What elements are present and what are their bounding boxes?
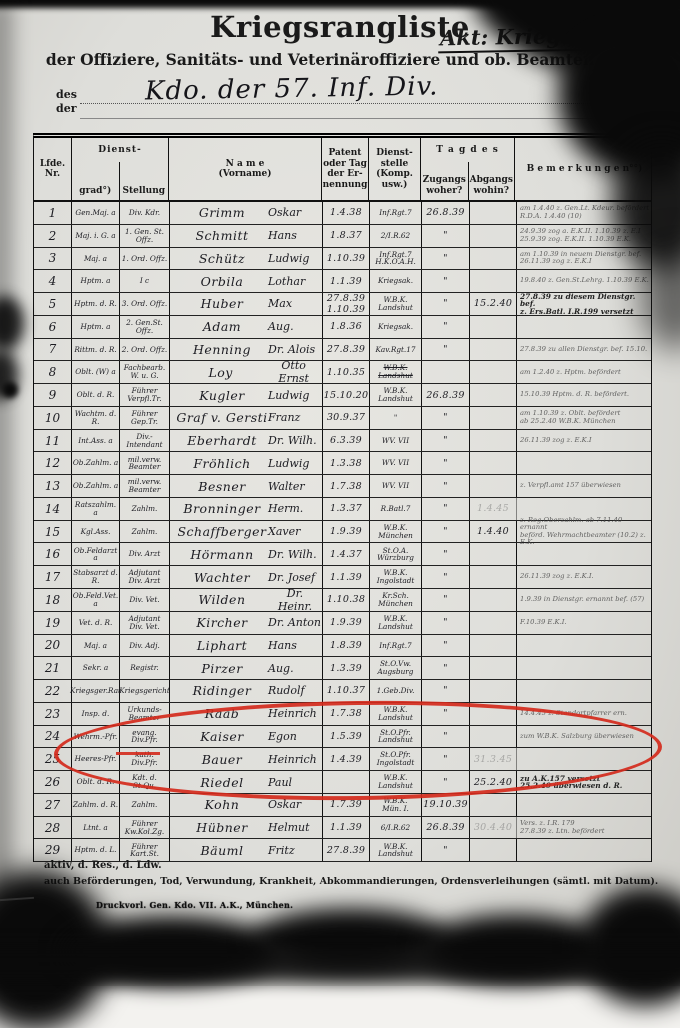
rank-cell: Oblt. d. R. bbox=[72, 384, 120, 406]
forename: Walter bbox=[268, 480, 305, 493]
remarks-cell bbox=[517, 680, 651, 702]
surname: Kugler bbox=[170, 388, 268, 403]
rank-cell: Ob.Feld.Vet. a bbox=[72, 589, 120, 611]
departure-date-cell bbox=[470, 657, 517, 679]
position-cell: Div. Arzt bbox=[120, 543, 170, 565]
arrival-date-cell: " bbox=[422, 248, 470, 270]
scanner-background bbox=[0, 986, 680, 1028]
departure-date-cell: 1.4.40 bbox=[470, 521, 517, 543]
unit-handwritten-entry: Kdo. der 57. Inf. Div. bbox=[145, 71, 439, 106]
table-row: 8Oblt. (W) aFachbearb. W. u. G.LoyOtto E… bbox=[34, 361, 651, 384]
table-row: 7Rittm. d. R.2. Ord. Offz.HenningDr. Alo… bbox=[34, 339, 651, 362]
smudge-left-edge bbox=[0, 0, 12, 900]
remarks-cell bbox=[517, 316, 651, 338]
table-row: 2Maj. i. G. a1. Gen. St. Offz.SchmittHan… bbox=[34, 225, 651, 248]
name-cell: FröhlichLudwig bbox=[170, 452, 323, 474]
departure-date-cell bbox=[470, 361, 517, 383]
row-number: 29 bbox=[34, 839, 72, 861]
position-cell: 2. Ord. Offz. bbox=[120, 339, 170, 361]
table-row: 22Kriegsger.RatKriegsgerichtRidingerRudo… bbox=[34, 680, 651, 703]
footnote-rank-legend: aktiv, d. Res., d. Ldw. bbox=[44, 860, 162, 871]
position-cell: Fachbearb. W. u. G. bbox=[120, 361, 170, 383]
patent-date-cell: 1.10.39 bbox=[323, 248, 370, 270]
surname: Wilden bbox=[170, 592, 268, 607]
arrival-date-cell: " bbox=[422, 452, 470, 474]
surname: Henning bbox=[170, 342, 268, 357]
surname: Eberhardt bbox=[170, 433, 268, 448]
remarks-cell: z. Verpfl.amt 157 überwiesen bbox=[517, 475, 651, 497]
duty-station-cell: W.B.K. München bbox=[370, 521, 422, 543]
arrival-date-cell: " bbox=[422, 566, 470, 588]
col-header-dienststelle: Dienst- stelle (Komp. usw.) bbox=[369, 138, 421, 200]
departure-date-cell bbox=[470, 475, 517, 497]
arrival-date-cell: " bbox=[422, 270, 470, 292]
forename: Dr. Wilh. bbox=[268, 434, 317, 447]
remarks-cell: Vers. z. I.R. 179 27.8.39 z. Ltn. beförd… bbox=[517, 817, 651, 839]
row-number: 27 bbox=[34, 794, 72, 816]
row-number: 10 bbox=[34, 407, 72, 429]
remarks-cell: am 1.2.40 z. Hptm. befördert bbox=[517, 361, 651, 383]
row-number: 15 bbox=[34, 521, 72, 543]
burn-mark-bottom-band bbox=[0, 946, 680, 982]
patent-date-cell: 27.8.39 bbox=[323, 339, 370, 361]
departure-date-cell: 15.2.40 bbox=[470, 293, 517, 315]
row-number: 13 bbox=[34, 475, 72, 497]
duty-station-cell: W.B.K. Landshut bbox=[370, 612, 422, 634]
forename: Fritz bbox=[268, 844, 295, 857]
row-number: 7 bbox=[34, 339, 72, 361]
patent-date-cell: 30.9.37 bbox=[323, 407, 370, 429]
rank-cell: Ratszahlm. a bbox=[72, 498, 120, 520]
departure-date-cell bbox=[470, 566, 517, 588]
row-number: 19 bbox=[34, 612, 72, 634]
rank-cell: Ob.Feldarzt a bbox=[72, 543, 120, 565]
col-header-tag-des: T a g d e s bbox=[421, 138, 514, 162]
patent-date-cell: 1.7.38 bbox=[323, 475, 370, 497]
row-number: 5 bbox=[34, 293, 72, 315]
row-number: 2 bbox=[34, 225, 72, 247]
arrival-date-cell: " bbox=[422, 293, 470, 315]
col-header-stellung: Stellung bbox=[119, 162, 168, 200]
position-cell: Führer Kw.Kol.Zg. bbox=[120, 817, 170, 839]
arrival-date-cell: " bbox=[422, 225, 470, 247]
arrival-date-cell: " bbox=[422, 635, 470, 657]
forename: Aug. bbox=[268, 320, 294, 333]
forename: Helmut bbox=[268, 821, 310, 834]
row-number: 26 bbox=[34, 771, 72, 793]
forename: Franz bbox=[268, 411, 300, 424]
rank-cell: Gen.Maj. a bbox=[72, 202, 120, 224]
departure-date-cell bbox=[470, 270, 517, 292]
arrival-date-cell: " bbox=[422, 839, 470, 861]
rank-cell: Ob.Zahlm. a bbox=[72, 452, 120, 474]
duty-station-cell: " bbox=[370, 407, 422, 429]
surname: Liphart bbox=[170, 638, 268, 653]
position-cell: Zahlm. bbox=[120, 498, 170, 520]
position-cell: mil.verw. Beamter bbox=[120, 475, 170, 497]
row-number: 1 bbox=[34, 202, 72, 224]
row-number: 21 bbox=[34, 657, 72, 679]
departure-date-cell bbox=[470, 612, 517, 634]
name-cell: HübnerHelmut bbox=[170, 817, 323, 839]
arrival-date-cell: " bbox=[422, 543, 470, 565]
remarks-cell: 27.8.39 zu allen Dienstgr. bef. 15.10. bbox=[517, 339, 651, 361]
col-header-dienst: Dienst- bbox=[72, 138, 168, 162]
patent-date-cell: 1.10.35 bbox=[323, 361, 370, 383]
row-number: 16 bbox=[34, 543, 72, 565]
rank-cell: Hptm. a bbox=[72, 316, 120, 338]
col-header-abgang: Abgangs wohin? bbox=[468, 162, 515, 200]
remarks-cell: z. Reg.Oberzahlm. ab 7.11.40 ernannt bef… bbox=[517, 521, 651, 543]
position-cell: Div.- Intendant bbox=[120, 430, 170, 452]
position-cell: Führer Gep.Tr. bbox=[120, 407, 170, 429]
scanned-document: Kriegsrangliste Akt: Kriegsr der Offizie… bbox=[0, 0, 680, 1028]
patent-date-cell: 1.1.39 bbox=[323, 817, 370, 839]
surname: Schütz bbox=[170, 251, 268, 266]
row-number: 3 bbox=[34, 248, 72, 270]
patent-date-cell: 6.3.39 bbox=[323, 430, 370, 452]
duty-station-cell: WV. VII bbox=[370, 475, 422, 497]
row-number: 18 bbox=[34, 589, 72, 611]
rank-cell: Ltnt. a bbox=[72, 817, 120, 839]
position-cell: Führer Verpfl.Tr. bbox=[120, 384, 170, 406]
des-der-label: des der bbox=[56, 88, 77, 116]
name-cell: WildenDr. Heinr. bbox=[170, 589, 323, 611]
duty-station-cell: W.B.K. Landshut bbox=[370, 384, 422, 406]
forename: Oskar bbox=[268, 206, 301, 219]
name-cell: OrbilaLothar bbox=[170, 270, 323, 292]
col-header-grad: grad°) bbox=[72, 162, 119, 200]
rank-cell: Oblt. (W) a bbox=[72, 361, 120, 383]
row-number: 14 bbox=[34, 498, 72, 520]
name-cell: HörmannDr. Wilh. bbox=[170, 543, 323, 565]
surname: Loy bbox=[170, 365, 265, 380]
position-cell: Adjutant Div. Arzt bbox=[120, 566, 170, 588]
red-underline-kath bbox=[116, 752, 160, 755]
departure-date-cell bbox=[470, 839, 517, 861]
patent-date-cell: 1.8.36 bbox=[323, 316, 370, 338]
forename: Hans bbox=[268, 639, 297, 652]
name-cell: HenningDr. Alois bbox=[170, 339, 323, 361]
name-cell: SchützLudwig bbox=[170, 248, 323, 270]
patent-date-cell: 1.8.39 bbox=[323, 635, 370, 657]
surname: Orbila bbox=[170, 274, 268, 289]
surname: Pirzer bbox=[170, 661, 268, 676]
remarks-cell: am 1.10.39 z. Oblt. befördert ab 25.2.40… bbox=[517, 407, 651, 429]
departure-date-cell bbox=[470, 543, 517, 565]
table-row: 17Stabsarzt d. R.Adjutant Div. ArztWacht… bbox=[34, 566, 651, 589]
arrival-date-cell bbox=[422, 361, 470, 383]
table-row: 15Kgl.Ass.Zahlm.SchaffbergerXaver1.9.39W… bbox=[34, 521, 651, 544]
remarks-cell: 1.9.39 in Dienstgr. ernannt bef. (57) bbox=[517, 589, 651, 611]
surname: Hörmann bbox=[170, 547, 268, 562]
arrival-date-cell: " bbox=[422, 589, 470, 611]
remarks-cell bbox=[517, 839, 651, 861]
patent-date-cell: 1.3.37 bbox=[323, 498, 370, 520]
duty-station-cell: W.B.K. Landshut bbox=[370, 293, 422, 315]
forename: Ludwig bbox=[268, 457, 309, 470]
rank-cell: Maj. i. G. a bbox=[72, 225, 120, 247]
duty-station-cell: St.O.Vw. Augsburg bbox=[370, 657, 422, 679]
arrival-date-cell: 26.8.39 bbox=[422, 817, 470, 839]
departure-date-cell bbox=[470, 384, 517, 406]
departure-date-cell bbox=[470, 452, 517, 474]
surname: Huber bbox=[170, 296, 268, 311]
duty-station-cell: Kav.Rgt.17 bbox=[370, 339, 422, 361]
forename: Herm. bbox=[268, 502, 303, 515]
col-header-lfde-nr: Lfde. Nr. bbox=[34, 138, 72, 200]
surname: Schaffberger bbox=[170, 524, 268, 539]
position-cell: 1. Gen. St. Offz. bbox=[120, 225, 170, 247]
duty-station-cell: St.O.A. Würzburg bbox=[370, 543, 422, 565]
forename: Oskar bbox=[268, 798, 301, 811]
arrival-date-cell: " bbox=[422, 316, 470, 338]
departure-date-cell bbox=[470, 430, 517, 452]
table-row: 28Ltnt. aFührer Kw.Kol.Zg.HübnerHelmut1.… bbox=[34, 817, 651, 840]
duty-station-cell: Inf.Rgt.7 H.K.O.A.H. bbox=[370, 248, 422, 270]
rank-cell: Hptm. d. L. bbox=[72, 839, 120, 861]
surname: Adam bbox=[170, 319, 268, 334]
rank-cell: Wachtm. d. R. bbox=[72, 407, 120, 429]
arrival-date-cell: " bbox=[422, 407, 470, 429]
row-number: 23 bbox=[34, 703, 72, 725]
table-row: 11Int.Ass. aDiv.- IntendantEberhardtDr. … bbox=[34, 430, 651, 453]
forename: Rudolf bbox=[268, 684, 305, 697]
departure-date-cell bbox=[470, 248, 517, 270]
position-cell: Zahlm. bbox=[120, 521, 170, 543]
remarks-cell: 26.11.39 zog z. E.K.I bbox=[517, 430, 651, 452]
row-number: 4 bbox=[34, 270, 72, 292]
patent-date-cell: 1.10.37 bbox=[323, 680, 370, 702]
col-header-tag-des-group: T a g d e s Zugangs woher? Abgangs wohin… bbox=[421, 138, 515, 200]
table-row: 13Ob.Zahlm. amil.verw. BeamterBesnerWalt… bbox=[34, 475, 651, 498]
patent-date-cell: 1.4.38 bbox=[323, 202, 370, 224]
duty-station-cell: 6/I.R.62 bbox=[370, 817, 422, 839]
duty-station-cell: Kriegsak. bbox=[370, 316, 422, 338]
remarks-cell bbox=[517, 452, 651, 474]
forename: Aug. bbox=[268, 662, 294, 675]
rank-cell: Maj. a bbox=[72, 248, 120, 270]
departure-date-cell bbox=[470, 202, 517, 224]
row-number: 9 bbox=[34, 384, 72, 406]
patent-date-cell: 1.8.37 bbox=[323, 225, 370, 247]
duty-station-cell: Inf.Rgt.7 bbox=[370, 635, 422, 657]
rank-cell: Kriegsger.Rat bbox=[72, 680, 120, 702]
table-row: 9Oblt. d. R.Führer Verpfl.Tr.KuglerLudwi… bbox=[34, 384, 651, 407]
rank-cell: Hptm. a bbox=[72, 270, 120, 292]
table-row: 3Maj. a1. Ord. Offz.SchützLudwig1.10.39I… bbox=[34, 248, 651, 271]
duty-station-cell: W.B.K. Ingolstadt bbox=[370, 566, 422, 588]
table-row: 29Hptm. d. L.Führer Kart.St.BäumlFritz27… bbox=[34, 839, 651, 862]
position-cell: Div. Vet. bbox=[120, 589, 170, 611]
patent-date-cell: 1.1.39 bbox=[323, 270, 370, 292]
arrival-date-cell: 26.8.39 bbox=[422, 202, 470, 224]
arrival-date-cell: " bbox=[422, 498, 470, 520]
surname: Grimm bbox=[170, 205, 268, 220]
patent-date-cell: 27.8.39 bbox=[323, 839, 370, 861]
surname: Besner bbox=[170, 479, 268, 494]
duty-station-cell: Kriegsak. bbox=[370, 270, 422, 292]
departure-date-cell bbox=[470, 794, 517, 816]
col-header-patent: Patent oder Tag der Er- nennung bbox=[322, 138, 369, 200]
table-header: Lfde. Nr. Dienst- grad°) Stellung N a m … bbox=[33, 133, 652, 202]
surname: Hübner bbox=[170, 820, 268, 835]
departure-date-cell bbox=[470, 316, 517, 338]
name-cell: BesnerWalter bbox=[170, 475, 323, 497]
duty-station-cell: 1.Geb.Div. bbox=[370, 680, 422, 702]
remarks-cell bbox=[517, 794, 651, 816]
position-cell: Adjutant Div. Vet. bbox=[120, 612, 170, 634]
remarks-cell: 27.8.39 zu diesem Dienstgr. bef. z. Ers.… bbox=[517, 293, 651, 315]
table-row: 21Sekr. aRegistr.PirzerAug.1.3.39St.O.Vw… bbox=[34, 657, 651, 680]
duty-station-cell: W.B.K. Landshut bbox=[370, 839, 422, 861]
forename: Xaver bbox=[268, 525, 300, 538]
rank-cell: Rittm. d. R. bbox=[72, 339, 120, 361]
rank-cell: Kgl.Ass. bbox=[72, 521, 120, 543]
position-cell: 1. Ord. Offz. bbox=[120, 248, 170, 270]
forename: Ludwig bbox=[268, 252, 309, 265]
name-cell: AdamAug. bbox=[170, 316, 323, 338]
name-cell: KuglerLudwig bbox=[170, 384, 323, 406]
name-cell: LiphartHans bbox=[170, 635, 323, 657]
duty-station-cell: R.Batl.7 bbox=[370, 498, 422, 520]
rank-cell: Sekr. a bbox=[72, 657, 120, 679]
table-row: 16Ob.Feldarzt aDiv. ArztHörmannDr. Wilh.… bbox=[34, 543, 651, 566]
remarks-cell: 15.10.39 Hptm. d. R. befördert. bbox=[517, 384, 651, 406]
row-number: 11 bbox=[34, 430, 72, 452]
rank-cell: Stabsarzt d. R. bbox=[72, 566, 120, 588]
remarks-cell: F.10.39 E.K.I. bbox=[517, 612, 651, 634]
name-cell: BäumlFritz bbox=[170, 839, 323, 861]
surname: Ridinger bbox=[170, 683, 268, 698]
arrival-date-cell: " bbox=[422, 339, 470, 361]
position-cell: I c bbox=[120, 270, 170, 292]
remarks-cell bbox=[517, 635, 651, 657]
forename: Otto Ernst bbox=[265, 359, 322, 385]
surname: Schmitt bbox=[170, 228, 268, 243]
row-number: 20 bbox=[34, 635, 72, 657]
rank-cell: Insp. d. bbox=[72, 703, 120, 725]
table-row: 18Ob.Feld.Vet. aDiv. Vet.WildenDr. Heinr… bbox=[34, 589, 651, 612]
patent-date-cell: 15.10.20 bbox=[323, 384, 370, 406]
arrival-date-cell: " bbox=[422, 680, 470, 702]
departure-date-cell bbox=[470, 680, 517, 702]
row-number: 17 bbox=[34, 566, 72, 588]
arrival-date-cell: " bbox=[422, 657, 470, 679]
name-cell: HuberMax bbox=[170, 293, 323, 315]
duty-station-cell: 2/I.R.62 bbox=[370, 225, 422, 247]
duty-station-cell: WV. VII bbox=[370, 430, 422, 452]
forename: Hans bbox=[268, 229, 297, 242]
name-cell: PirzerAug. bbox=[170, 657, 323, 679]
duty-station-cell: W.B.K. Landshut bbox=[370, 361, 422, 383]
printer-imprint: Druckvorl. Gen. Kdo. VII. A.K., München. bbox=[96, 900, 293, 910]
table-row: 19Vet. d. R.Adjutant Div. Vet.KircherDr.… bbox=[34, 612, 651, 635]
row-number: 12 bbox=[34, 452, 72, 474]
arrival-date-cell: " bbox=[422, 612, 470, 634]
name-cell: Graf v. GerstiFranz bbox=[170, 407, 323, 429]
position-cell: Div. Adj. bbox=[120, 635, 170, 657]
rank-cell: Hptm. d. R. bbox=[72, 293, 120, 315]
duty-station-cell: Kr.Sch. München bbox=[370, 589, 422, 611]
departure-date-cell: 1.4.45 bbox=[470, 498, 517, 520]
remarks-cell: 26.11.39 zog z. E.K.I. bbox=[517, 566, 651, 588]
table-row: 6Hptm. a2. Gen.St. Offz.AdamAug.1.8.36Kr… bbox=[34, 316, 651, 339]
patent-date-cell: 1.10.38 bbox=[323, 589, 370, 611]
rank-cell: Vet. d. R. bbox=[72, 612, 120, 634]
position-cell: Registr. bbox=[120, 657, 170, 679]
rank-cell: Zahlm. d. R. bbox=[72, 794, 120, 816]
table-row: 12Ob.Zahlm. amil.verw. BeamterFröhlichLu… bbox=[34, 452, 651, 475]
rank-cell: Int.Ass. a bbox=[72, 430, 120, 452]
patent-date-cell: 1.9.39 bbox=[323, 612, 370, 634]
remarks-cell bbox=[517, 543, 651, 565]
surname: Wachter bbox=[170, 570, 268, 585]
position-cell: Div. Kdr. bbox=[120, 202, 170, 224]
forename: Dr. Alois bbox=[268, 343, 315, 356]
col-header-dienst-group: Dienst- grad°) Stellung bbox=[72, 138, 169, 200]
forename: Ludwig bbox=[268, 389, 309, 402]
position-cell: Kriegsgericht bbox=[120, 680, 170, 702]
name-cell: KircherDr. Anton bbox=[170, 612, 323, 634]
name-cell: WachterDr. Josef bbox=[170, 566, 323, 588]
arrival-date-cell: " bbox=[422, 430, 470, 452]
footnote-remarks-legend: auch Beförderungen, Tod, Verwundung, Kra… bbox=[44, 876, 658, 887]
name-cell: LoyOtto Ernst bbox=[170, 361, 323, 383]
table-row: 4Hptm. aI cOrbilaLothar1.1.39Kriegsak."1… bbox=[34, 270, 651, 293]
name-cell: SchaffbergerXaver bbox=[170, 521, 323, 543]
patent-date-cell: 27.8.39 1.10.39 bbox=[323, 293, 370, 315]
position-cell: 3. Ord. Offz. bbox=[120, 293, 170, 315]
position-cell: mil.verw. Beamter bbox=[120, 452, 170, 474]
row-number: 8 bbox=[34, 361, 72, 383]
position-cell: Führer Kart.St. bbox=[120, 839, 170, 861]
forename: Lothar bbox=[268, 275, 305, 288]
rank-cell: Maj. a bbox=[72, 635, 120, 657]
name-cell: SchmittHans bbox=[170, 225, 323, 247]
surname: Kohn bbox=[170, 797, 268, 812]
departure-date-cell bbox=[470, 589, 517, 611]
row-number: 28 bbox=[34, 817, 72, 839]
remarks-cell bbox=[517, 657, 651, 679]
departure-date-cell bbox=[470, 339, 517, 361]
position-cell: Zahlm. bbox=[120, 794, 170, 816]
remarks-cell: 19.8.40 z. Gen.St.Lehrg. 1.10.39 E.K. bbox=[517, 270, 651, 292]
patent-date-cell: 1.4.37 bbox=[323, 543, 370, 565]
arrival-date-cell: " bbox=[422, 521, 470, 543]
arrival-date-cell: " bbox=[422, 475, 470, 497]
row-number: 6 bbox=[34, 316, 72, 338]
table-row: 10Wachtm. d. R.Führer Gep.Tr.Graf v. Ger… bbox=[34, 407, 651, 430]
col-header-name: N a m e (Vorname) bbox=[169, 138, 322, 200]
surname: Graf v. Gersti bbox=[170, 410, 268, 425]
departure-date-cell bbox=[470, 407, 517, 429]
name-cell: EberhardtDr. Wilh. bbox=[170, 430, 323, 452]
departure-date-cell bbox=[470, 225, 517, 247]
departure-date-cell bbox=[470, 635, 517, 657]
forename: Max bbox=[268, 297, 292, 310]
col-header-zugang: Zugangs woher? bbox=[421, 162, 468, 200]
surname: Fröhlich bbox=[170, 456, 268, 471]
name-cell: RidingerRudolf bbox=[170, 680, 323, 702]
forename: Dr. Josef bbox=[268, 571, 315, 584]
forename: Dr. Heinr. bbox=[268, 587, 322, 613]
patent-date-cell: 1.3.38 bbox=[323, 452, 370, 474]
duty-station-cell: WV. VII bbox=[370, 452, 422, 474]
table-row: 5Hptm. d. R.3. Ord. Offz.HuberMax27.8.39… bbox=[34, 293, 651, 316]
duty-station-cell: Inf.Rgt.7 bbox=[370, 202, 422, 224]
patent-date-cell: 1.9.39 bbox=[323, 521, 370, 543]
